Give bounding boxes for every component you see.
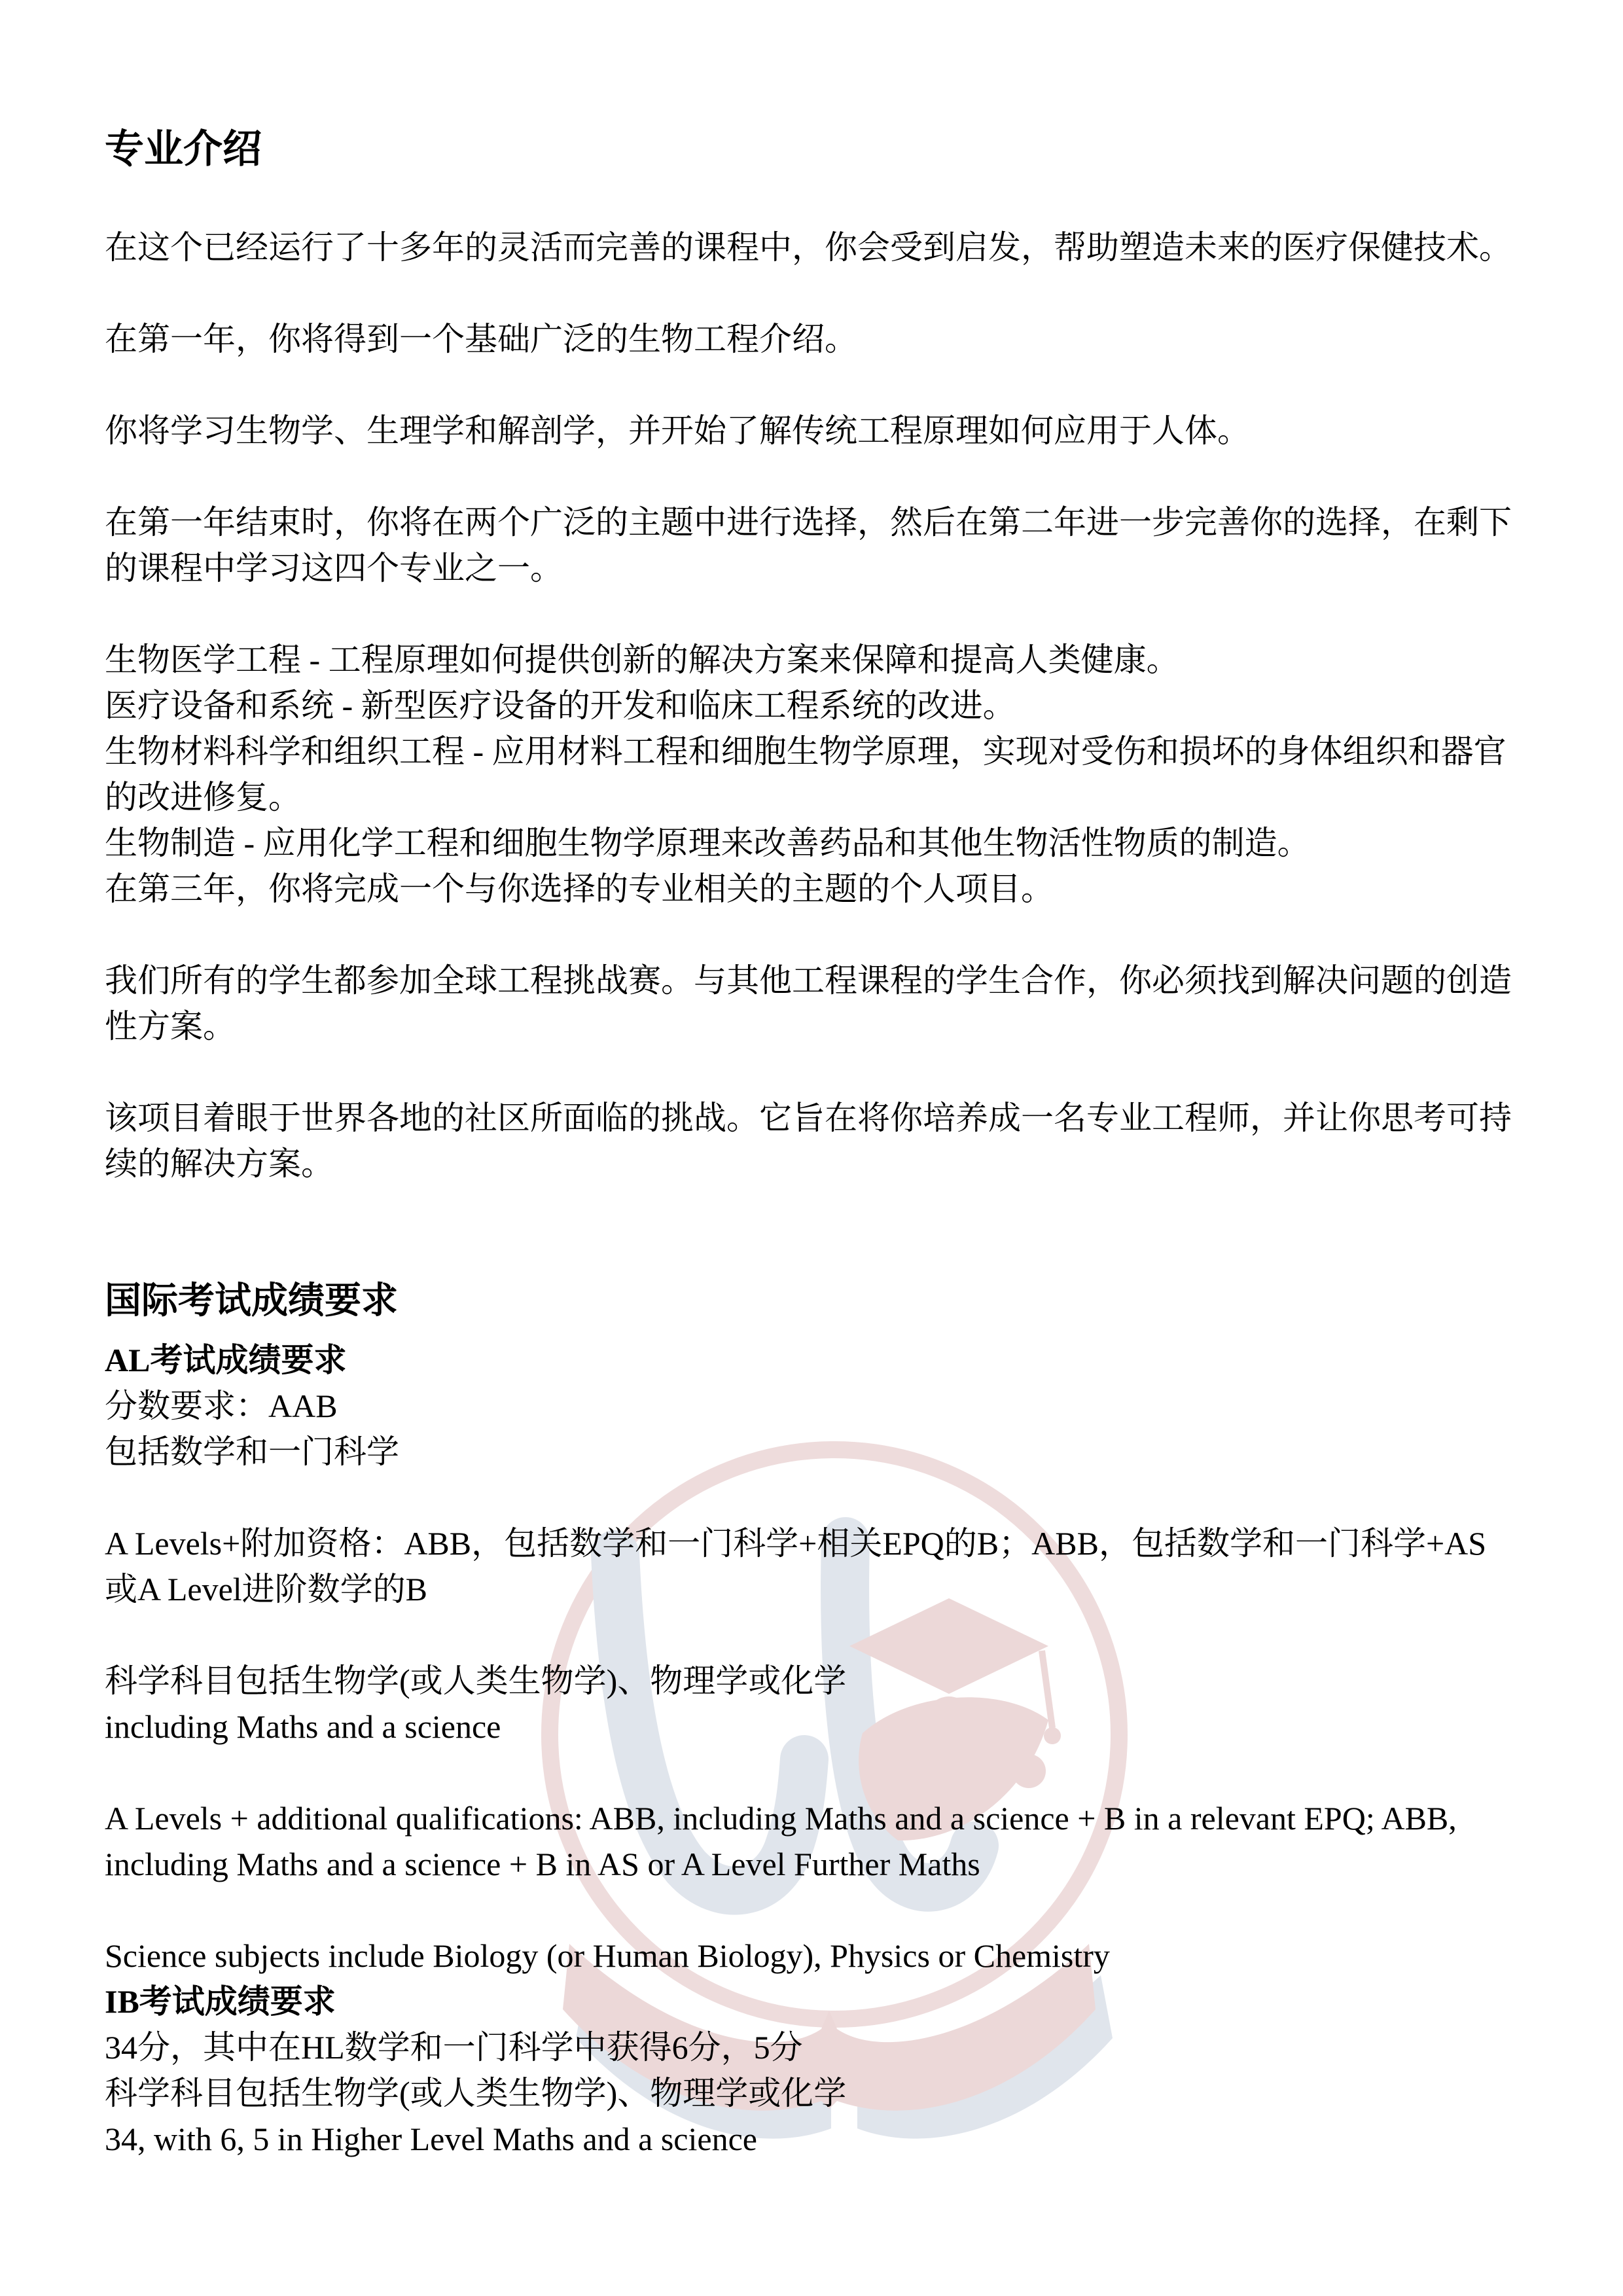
sub-heading: IB考试成绩要求 <box>105 1979 1518 2024</box>
paragraph: A Levels + additional qualifications: AB… <box>105 1795 1518 1887</box>
paragraph: 我们所有的学生都参加全球工程挑战赛。与其他工程课程的学生合作，你必须找到解决问题… <box>105 958 1518 1049</box>
paragraph: 科学科目包括生物学(或人类生物学)、物理学或化学 <box>105 1658 1518 1704</box>
paragraph: 该项目着眼于世界各地的社区所面临的挑战。它旨在将你培养成一名专业工程师，并让你思… <box>105 1095 1518 1187</box>
text-line: 医疗设备和系统 - 新型医疗设备的开发和临床工程系统的改进。 <box>105 683 1518 728</box>
text-line: 34, with 6, 5 in Higher Level Maths and … <box>105 2116 1518 2162</box>
sub-heading: AL考试成绩要求 <box>105 1337 1518 1383</box>
section-heading: 国际考试成绩要求 <box>105 1265 1518 1337</box>
text-line: 分数要求：AAB <box>105 1383 1518 1429</box>
text-line: 在第三年，你将完成一个与你选择的专业相关的主题的个人项目。 <box>105 866 1518 912</box>
text-line: including Maths and a science <box>105 1704 1518 1749</box>
document-page: 专业介绍在这个已经运行了十多年的灵活而完善的课程中，你会受到启发，帮助塑造未来的… <box>0 0 1623 2296</box>
paragraph: 在这个已经运行了十多年的灵活而完善的课程中，你会受到启发，帮助塑造未来的医疗保健… <box>105 224 1518 270</box>
paragraph: 你将学习生物学、生理学和解剖学，并开始了解传统工程原理如何应用于人体。 <box>105 408 1518 454</box>
text-line: 包括数学和一门科学 <box>105 1429 1518 1475</box>
paragraph: Science subjects include Biology (or Hum… <box>105 1933 1518 1979</box>
text-line: 生物材料科学和组织工程 - 应用材料工程和细胞生物学原理，实现对受伤和损坏的身体… <box>105 728 1518 820</box>
text-line: 34分，其中在HL数学和一门科学中获得6分，5分 <box>105 2024 1518 2070</box>
document-title: 专业介绍 <box>105 120 1518 179</box>
document-body: 专业介绍在这个已经运行了十多年的灵活而完善的课程中，你会受到启发，帮助塑造未来的… <box>105 120 1518 2162</box>
text-line: 科学科目包括生物学(或人类生物学)、物理学或化学 <box>105 2070 1518 2116</box>
paragraph: 在第一年，你将得到一个基础广泛的生物工程介绍。 <box>105 316 1518 362</box>
paragraph: 生物医学工程 - 工程原理如何提供创新的解决方案来保障和提高人类健康。 <box>105 637 1518 683</box>
text-line: 生物制造 - 应用化学工程和细胞生物学原理来改善药品和其他生物活性物质的制造。 <box>105 820 1518 866</box>
paragraph: 在第一年结束时，你将在两个广泛的主题中进行选择，然后在第二年进一步完善你的选择，… <box>105 499 1518 591</box>
paragraph: A Levels+附加资格：ABB，包括数学和一门科学+相关EPQ的B；ABB，… <box>105 1520 1518 1612</box>
